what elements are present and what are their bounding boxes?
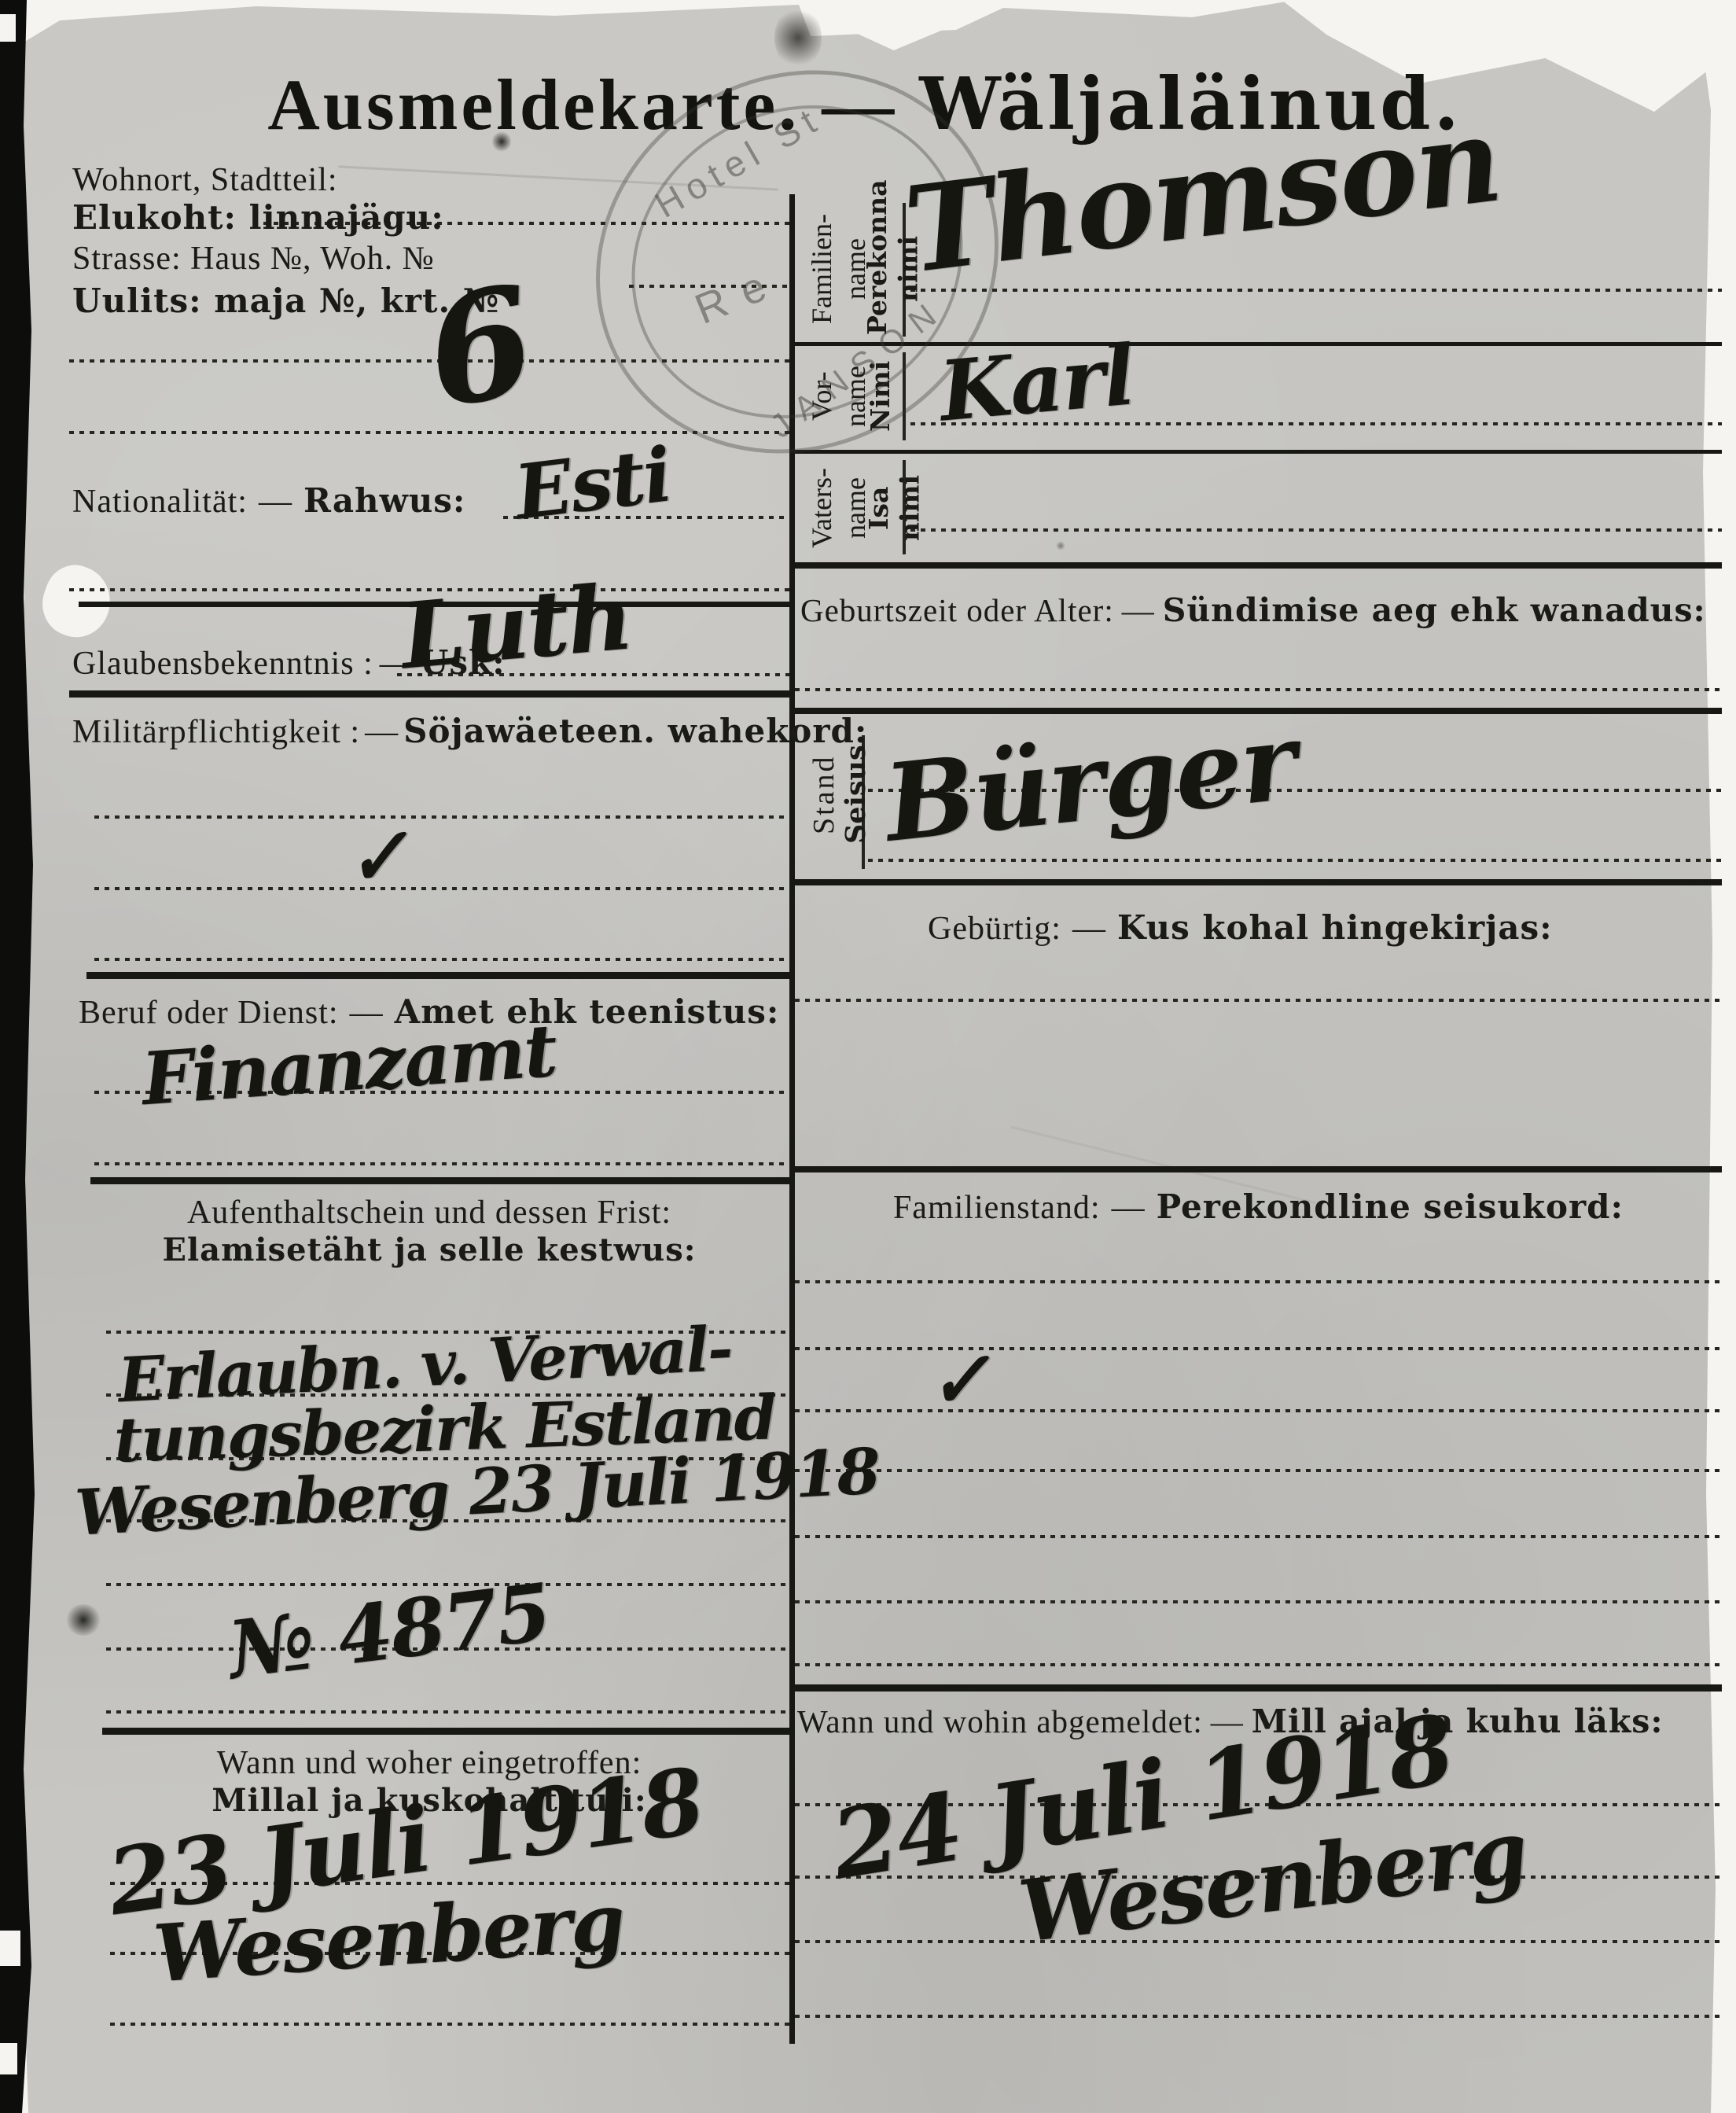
- military-et: Söjawäeteen. wahekord:: [403, 712, 867, 750]
- section-rule-thick: [90, 1177, 789, 1184]
- field-label-nationality: Nationalität:—Rahwus:: [72, 481, 465, 521]
- dotted-rule: [94, 958, 789, 961]
- label-separator: —: [1112, 1190, 1146, 1226]
- section-rule-thick: [795, 879, 1722, 885]
- dotted-rule: [94, 815, 789, 819]
- dotted-rule: [795, 1940, 1722, 1943]
- dotted-rule: [106, 1710, 789, 1714]
- birth-et: Sündimise aeg ehk wanadus:: [1163, 591, 1706, 629]
- label-separator: —: [1072, 911, 1106, 947]
- dotted-rule: [910, 528, 1722, 532]
- residence-permit-et: Elamisetäht ja selle kestwus:: [69, 1231, 789, 1268]
- registered-et: Kus kohal hingekirjas:: [1117, 908, 1553, 947]
- departure-de: Wann und wohin abgemeldet:: [797, 1703, 1203, 1739]
- field-label-street-de: Strasse: Haus №, Woh. №: [72, 240, 435, 278]
- military-de: Militärpflichtigkeit :: [72, 714, 360, 750]
- dotted-rule: [795, 999, 1722, 1002]
- label-separator: —: [1122, 592, 1155, 628]
- dotted-rule: [795, 2015, 1722, 2018]
- section-rule-thick: [69, 690, 789, 698]
- section-rule-thick: [86, 972, 789, 979]
- handwritten-first-name: Karl: [936, 326, 1137, 440]
- row-rule: [795, 450, 1722, 454]
- field-label-birth: Geburtszeit oder Alter:—Sündimise aeg eh…: [800, 591, 1706, 629]
- scan-edge-gap: [0, 14, 16, 42]
- label-separator: —: [259, 484, 292, 520]
- birth-de: Geburtszeit oder Alter:: [800, 592, 1114, 628]
- row-label-status-et: Seisus: [840, 730, 873, 860]
- handwritten-military-checkmark: ✓: [341, 811, 411, 904]
- field-label-residence-et: Elukoht: linnajägu:: [72, 198, 444, 237]
- section-rule-thick: [795, 1684, 1722, 1692]
- dotted-rule: [795, 1280, 1722, 1283]
- dotted-rule: [94, 1162, 789, 1165]
- scanned-registration-card: { "card": { "title": { "de": "Ausmeldeka…: [0, 0, 1736, 2113]
- marital-et: Perekondline seisukord:: [1157, 1187, 1624, 1226]
- handwritten-marital-checkmark: ✓: [925, 1334, 991, 1426]
- nationality-et: Rahwus:: [303, 481, 465, 520]
- dotted-rule: [795, 1600, 1722, 1603]
- dotted-rule: [795, 1469, 1722, 1472]
- dotted-rule: [795, 688, 1722, 691]
- field-label-residence-de: Wohnort, Stadtteil:: [72, 161, 338, 199]
- row-label-father-name-et: Isa nimi: [863, 460, 925, 556]
- registered-de: Gebürtig:: [928, 911, 1061, 947]
- scan-edge-gap: [0, 2043, 17, 2074]
- section-rule-thick: [795, 1166, 1722, 1172]
- label-separator: —: [365, 714, 399, 750]
- handwritten-religion: Luth: [397, 564, 636, 690]
- residence-permit-de: Aufenthaltschein und dessen Frist:: [69, 1194, 789, 1231]
- ink-blot: [64, 1604, 102, 1636]
- nationality-de: Nationalität:: [72, 484, 248, 520]
- section-rule-thick: [102, 1728, 789, 1735]
- dotted-rule: [110, 2023, 789, 2026]
- scan-edge-gap: [0, 1931, 20, 1966]
- field-label-residence-permit: Aufenthaltschein und dessen Frist: Elami…: [69, 1194, 789, 1268]
- religion-de: Glaubensbekenntnis :: [72, 646, 373, 682]
- row-rule-thick: [795, 562, 1722, 569]
- dotted-rule: [868, 859, 1722, 862]
- row-label-status-de: Stand: [807, 730, 843, 860]
- dotted-rule: [795, 1535, 1722, 1538]
- marital-de: Familienstand:: [893, 1190, 1101, 1226]
- ink-speck: [1056, 541, 1065, 550]
- field-label-registered: Gebürtig:—Kus kohal hingekirjas:: [928, 908, 1553, 948]
- dotted-rule: [795, 1663, 1722, 1666]
- field-label-military: Militärpflichtigkeit :—Söjawäeteen. wahe…: [72, 712, 867, 751]
- field-label-marital: Familienstand:—Perekondline seisukord:: [795, 1187, 1722, 1227]
- dotted-rule: [94, 887, 789, 890]
